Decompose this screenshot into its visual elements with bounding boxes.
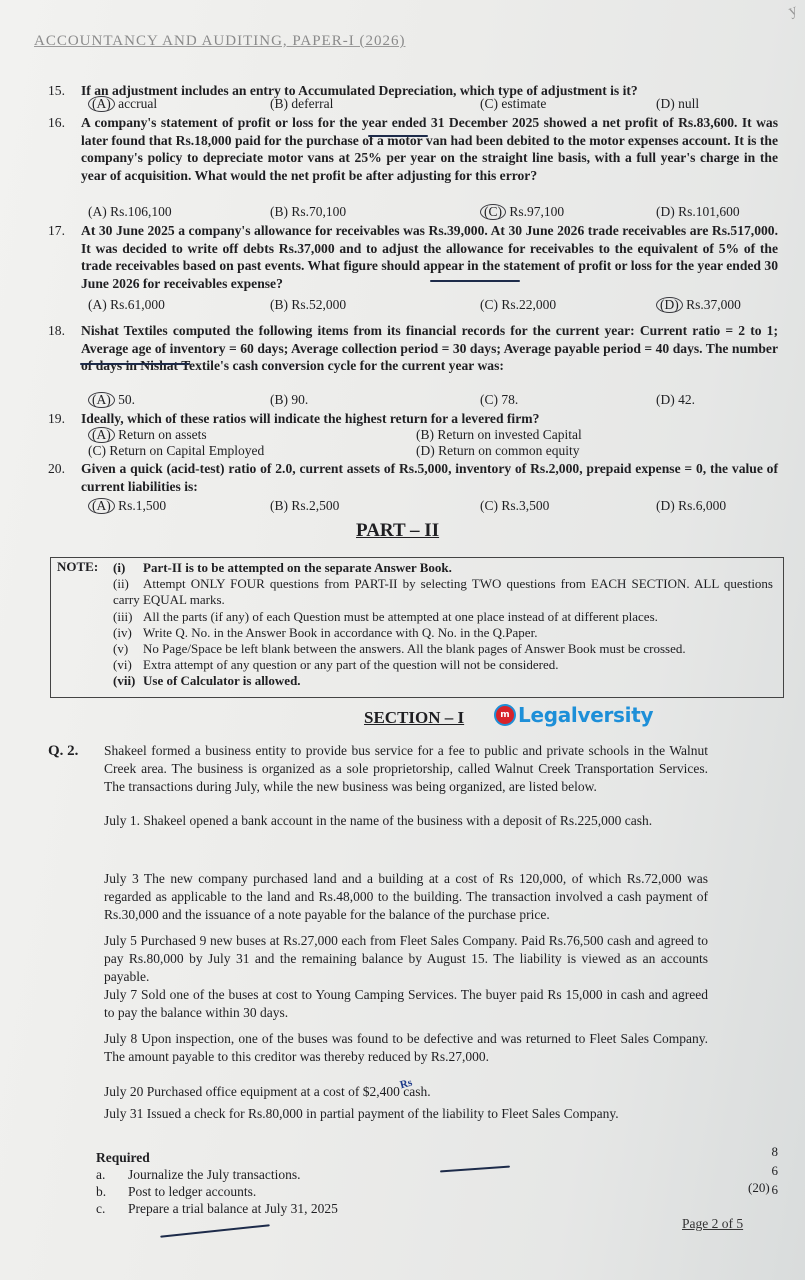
answer-option: (D) Rs.101,600	[656, 204, 740, 220]
option-value: Rs.61,000	[110, 297, 165, 312]
option-value: deferral	[291, 96, 333, 111]
option-label: (D)	[656, 498, 675, 513]
pen-underline	[80, 363, 190, 365]
instruction-text: Extra attempt of any question or any par…	[143, 657, 559, 672]
item-text: Journalize the July transactions.	[128, 1167, 300, 1182]
answer-option: (D) null	[656, 96, 699, 112]
instruction-numeral: (ii)	[113, 576, 143, 592]
option-label: (C)	[480, 498, 498, 513]
item-text: Prepare a trial balance at July 31, 2025	[128, 1201, 338, 1216]
question-number: 18.	[48, 322, 78, 340]
required-item: b.Post to ledger accounts.	[96, 1183, 338, 1200]
answer-option: (B) 90.	[270, 392, 308, 408]
mcq-question: 20.Given a quick (acid-test) ratio of 2.…	[48, 460, 778, 495]
option-value: null	[678, 96, 699, 111]
answer-option: (C) Return on Capital Employed	[88, 443, 264, 459]
answer-option: (B) deferral	[270, 96, 333, 112]
question-number: 16.	[48, 114, 78, 132]
option-value: 42.	[678, 392, 695, 407]
question-text: At 30 June 2025 a company's allowance fo…	[81, 222, 778, 292]
answer-option: (C) Rs.97,100	[480, 204, 564, 220]
item-letter: b.	[96, 1183, 128, 1200]
item-text: Post to ledger accounts.	[128, 1184, 256, 1199]
instruction-text: Use of Calculator is allowed.	[143, 673, 301, 688]
option-label: (D)	[656, 96, 675, 111]
instruction-numeral: (vi)	[113, 657, 143, 673]
question-number: Q. 2.	[48, 742, 78, 760]
required-title: Required	[96, 1150, 338, 1166]
option-value: Rs.37,000	[686, 297, 741, 312]
option-value: Return on assets	[118, 427, 207, 442]
option-value: Rs.22,000	[501, 297, 556, 312]
answer-option: (C) Rs.22,000	[480, 297, 556, 313]
question-2-intro: Shakeel formed a business entity to prov…	[104, 742, 708, 796]
instruction-item: (vi)Extra attempt of any question or any…	[113, 657, 773, 673]
question-text: A company's statement of profit or loss …	[81, 114, 778, 184]
instruction-item: (iv)Write Q. No. in the Answer Book in a…	[113, 625, 773, 641]
instruction-numeral: (v)	[113, 641, 143, 657]
question-text: Ideally, which of these ratios will indi…	[81, 410, 778, 428]
question-text: Given a quick (acid-test) ratio of 2.0, …	[81, 460, 778, 495]
item-marks: 8	[718, 1142, 778, 1161]
option-label: (B)	[270, 392, 288, 407]
answer-option: (A) Rs.1,500	[88, 498, 166, 514]
page-number: Page 2 of 5	[682, 1216, 743, 1232]
pen-underline	[160, 1224, 270, 1237]
option-value: Rs.3,500	[501, 498, 549, 513]
option-value: Rs.6,000	[678, 498, 726, 513]
question-text: Nishat Textiles computed the following i…	[81, 322, 778, 375]
answer-option: (D) Rs.6,000	[656, 498, 726, 514]
item-letter: a.	[96, 1166, 128, 1183]
answer-option: (A) Rs.106,100	[88, 204, 172, 220]
pen-underline	[430, 280, 520, 282]
answer-option: (B) Rs.70,100	[270, 204, 346, 220]
option-label: (B)	[270, 96, 288, 111]
answer-option: (B) Return on invested Capital	[416, 427, 582, 443]
answer-option: (C) estimate	[480, 96, 546, 112]
transaction-entry: July 7 Sold one of the buses at cost to …	[104, 986, 708, 1022]
answer-option: (C) Rs.3,500	[480, 498, 549, 514]
instruction-item: (i)Part-II is to be attempted on the sep…	[113, 560, 773, 576]
option-label: (C)	[88, 443, 106, 458]
legalversity-watermark: m Legalversity	[494, 703, 653, 727]
instruction-numeral: (iv)	[113, 625, 143, 641]
instruction-numeral: (i)	[113, 560, 143, 576]
instructions-box: NOTE: (i)Part-II is to be attempted on t…	[50, 557, 784, 698]
required-item: c.Prepare a trial balance at July 31, 20…	[96, 1200, 338, 1217]
question-number: 15.	[48, 82, 78, 100]
option-label: (B)	[270, 204, 288, 219]
option-value: Return on invested Capital	[437, 427, 581, 442]
option-value: Rs.70,100	[291, 204, 346, 219]
mcq-question: 16.A company's statement of profit or lo…	[48, 114, 778, 184]
answer-option: (B) Rs.2,500	[270, 498, 339, 514]
option-label: (A)	[88, 498, 115, 514]
instruction-text: Attempt ONLY FOUR questions from PART-II…	[113, 576, 773, 607]
option-label: (A)	[88, 297, 107, 312]
mcq-question: 18.Nishat Textiles computed the followin…	[48, 322, 778, 375]
section-title: SECTION – I	[364, 708, 464, 728]
answer-option: (A) 50.	[88, 392, 135, 408]
option-label: (C)	[480, 392, 498, 407]
corner-pen-mark: y	[786, 1, 800, 21]
answer-option: (D) 42.	[656, 392, 695, 408]
option-label: (C)	[480, 96, 498, 111]
option-value: accrual	[118, 96, 157, 111]
answer-option: (A) accrual	[88, 96, 157, 112]
option-label: (D)	[416, 443, 435, 458]
mcq-question: 19.Ideally, which of these ratios will i…	[48, 410, 778, 428]
required-section: Required a.Journalize the July transacti…	[96, 1150, 338, 1217]
part-title: PART – II	[356, 520, 439, 542]
option-label: (D)	[656, 297, 683, 313]
transaction-entry: July 1. Shakeel opened a bank account in…	[104, 812, 708, 830]
option-value: Rs.2,500	[291, 498, 339, 513]
total-marks: (20)	[748, 1180, 770, 1196]
note-label: NOTE:	[57, 559, 98, 575]
instruction-text: No Page/Space be left blank between the …	[143, 641, 686, 656]
pen-underline	[440, 1166, 510, 1172]
option-label: (A)	[88, 204, 107, 219]
instruction-text: Write Q. No. in the Answer Book in accor…	[143, 625, 537, 640]
transaction-entry: July 31 Issued a check for Rs.80,000 in …	[104, 1105, 708, 1123]
question-number: 20.	[48, 460, 78, 478]
answer-option: (B) Rs.52,000	[270, 297, 346, 313]
item-marks: 6	[718, 1161, 778, 1180]
option-value: Rs.106,100	[110, 204, 172, 219]
option-value: 90.	[291, 392, 308, 407]
transaction-entry: July 3 The new company purchased land an…	[104, 870, 708, 924]
option-value: estimate	[501, 96, 546, 111]
instruction-text: Part-II is to be attempted on the separa…	[143, 560, 452, 575]
option-label: (A)	[88, 392, 115, 408]
option-label: (B)	[270, 498, 288, 513]
question-number: 17.	[48, 222, 78, 240]
option-value: Rs.52,000	[291, 297, 346, 312]
option-label: (C)	[480, 297, 498, 312]
instruction-numeral: (iii)	[113, 609, 143, 625]
instruction-item: (iii)All the parts (if any) of each Ques…	[113, 609, 773, 625]
option-label: (B)	[416, 427, 434, 442]
option-label: (D)	[656, 392, 675, 407]
option-label: (D)	[656, 204, 675, 219]
answer-option: (A) Return on assets	[88, 427, 207, 443]
instruction-item: (v)No Page/Space be left blank between t…	[113, 641, 773, 657]
option-label: (B)	[270, 297, 288, 312]
answer-option: (C) 78.	[480, 392, 518, 408]
option-label: (C)	[480, 204, 506, 220]
required-item: a.Journalize the July transactions.	[96, 1166, 338, 1183]
question-number: 19.	[48, 410, 78, 428]
option-value: 78.	[501, 392, 518, 407]
transaction-entry: July 5 Purchased 9 new buses at Rs.27,00…	[104, 932, 708, 986]
instruction-item: (vii)Use of Calculator is allowed.	[113, 673, 773, 689]
option-value: Rs.1,500	[118, 498, 166, 513]
instruction-numeral: (vii)	[113, 673, 143, 689]
item-letter: c.	[96, 1200, 128, 1217]
option-value: Return on Capital Employed	[109, 443, 264, 458]
option-value: Rs.97,100	[509, 204, 564, 219]
legalversity-logo-icon: m	[494, 704, 516, 726]
option-value: 50.	[118, 392, 135, 407]
transaction-entry: July 8 Upon inspection, one of the buses…	[104, 1030, 708, 1066]
legalversity-brand: Legalversity	[518, 703, 653, 727]
option-value: Return on common equity	[438, 443, 579, 458]
option-label: (A)	[88, 96, 115, 112]
mcq-question: 17.At 30 June 2025 a company's allowance…	[48, 222, 778, 292]
option-value: Rs.101,600	[678, 204, 740, 219]
instruction-item: (ii)Attempt ONLY FOUR questions from PAR…	[113, 576, 773, 608]
answer-option: (A) Rs.61,000	[88, 297, 165, 313]
pen-underline	[368, 135, 428, 137]
answer-option: (D) Return on common equity	[416, 443, 579, 459]
answer-option: (D) Rs.37,000	[656, 297, 741, 313]
paper-header-title: ACCOUNTANCY AND AUDITING, PAPER-I (2026)	[34, 33, 405, 50]
instruction-text: All the parts (if any) of each Question …	[143, 609, 658, 624]
option-label: (A)	[88, 427, 115, 443]
